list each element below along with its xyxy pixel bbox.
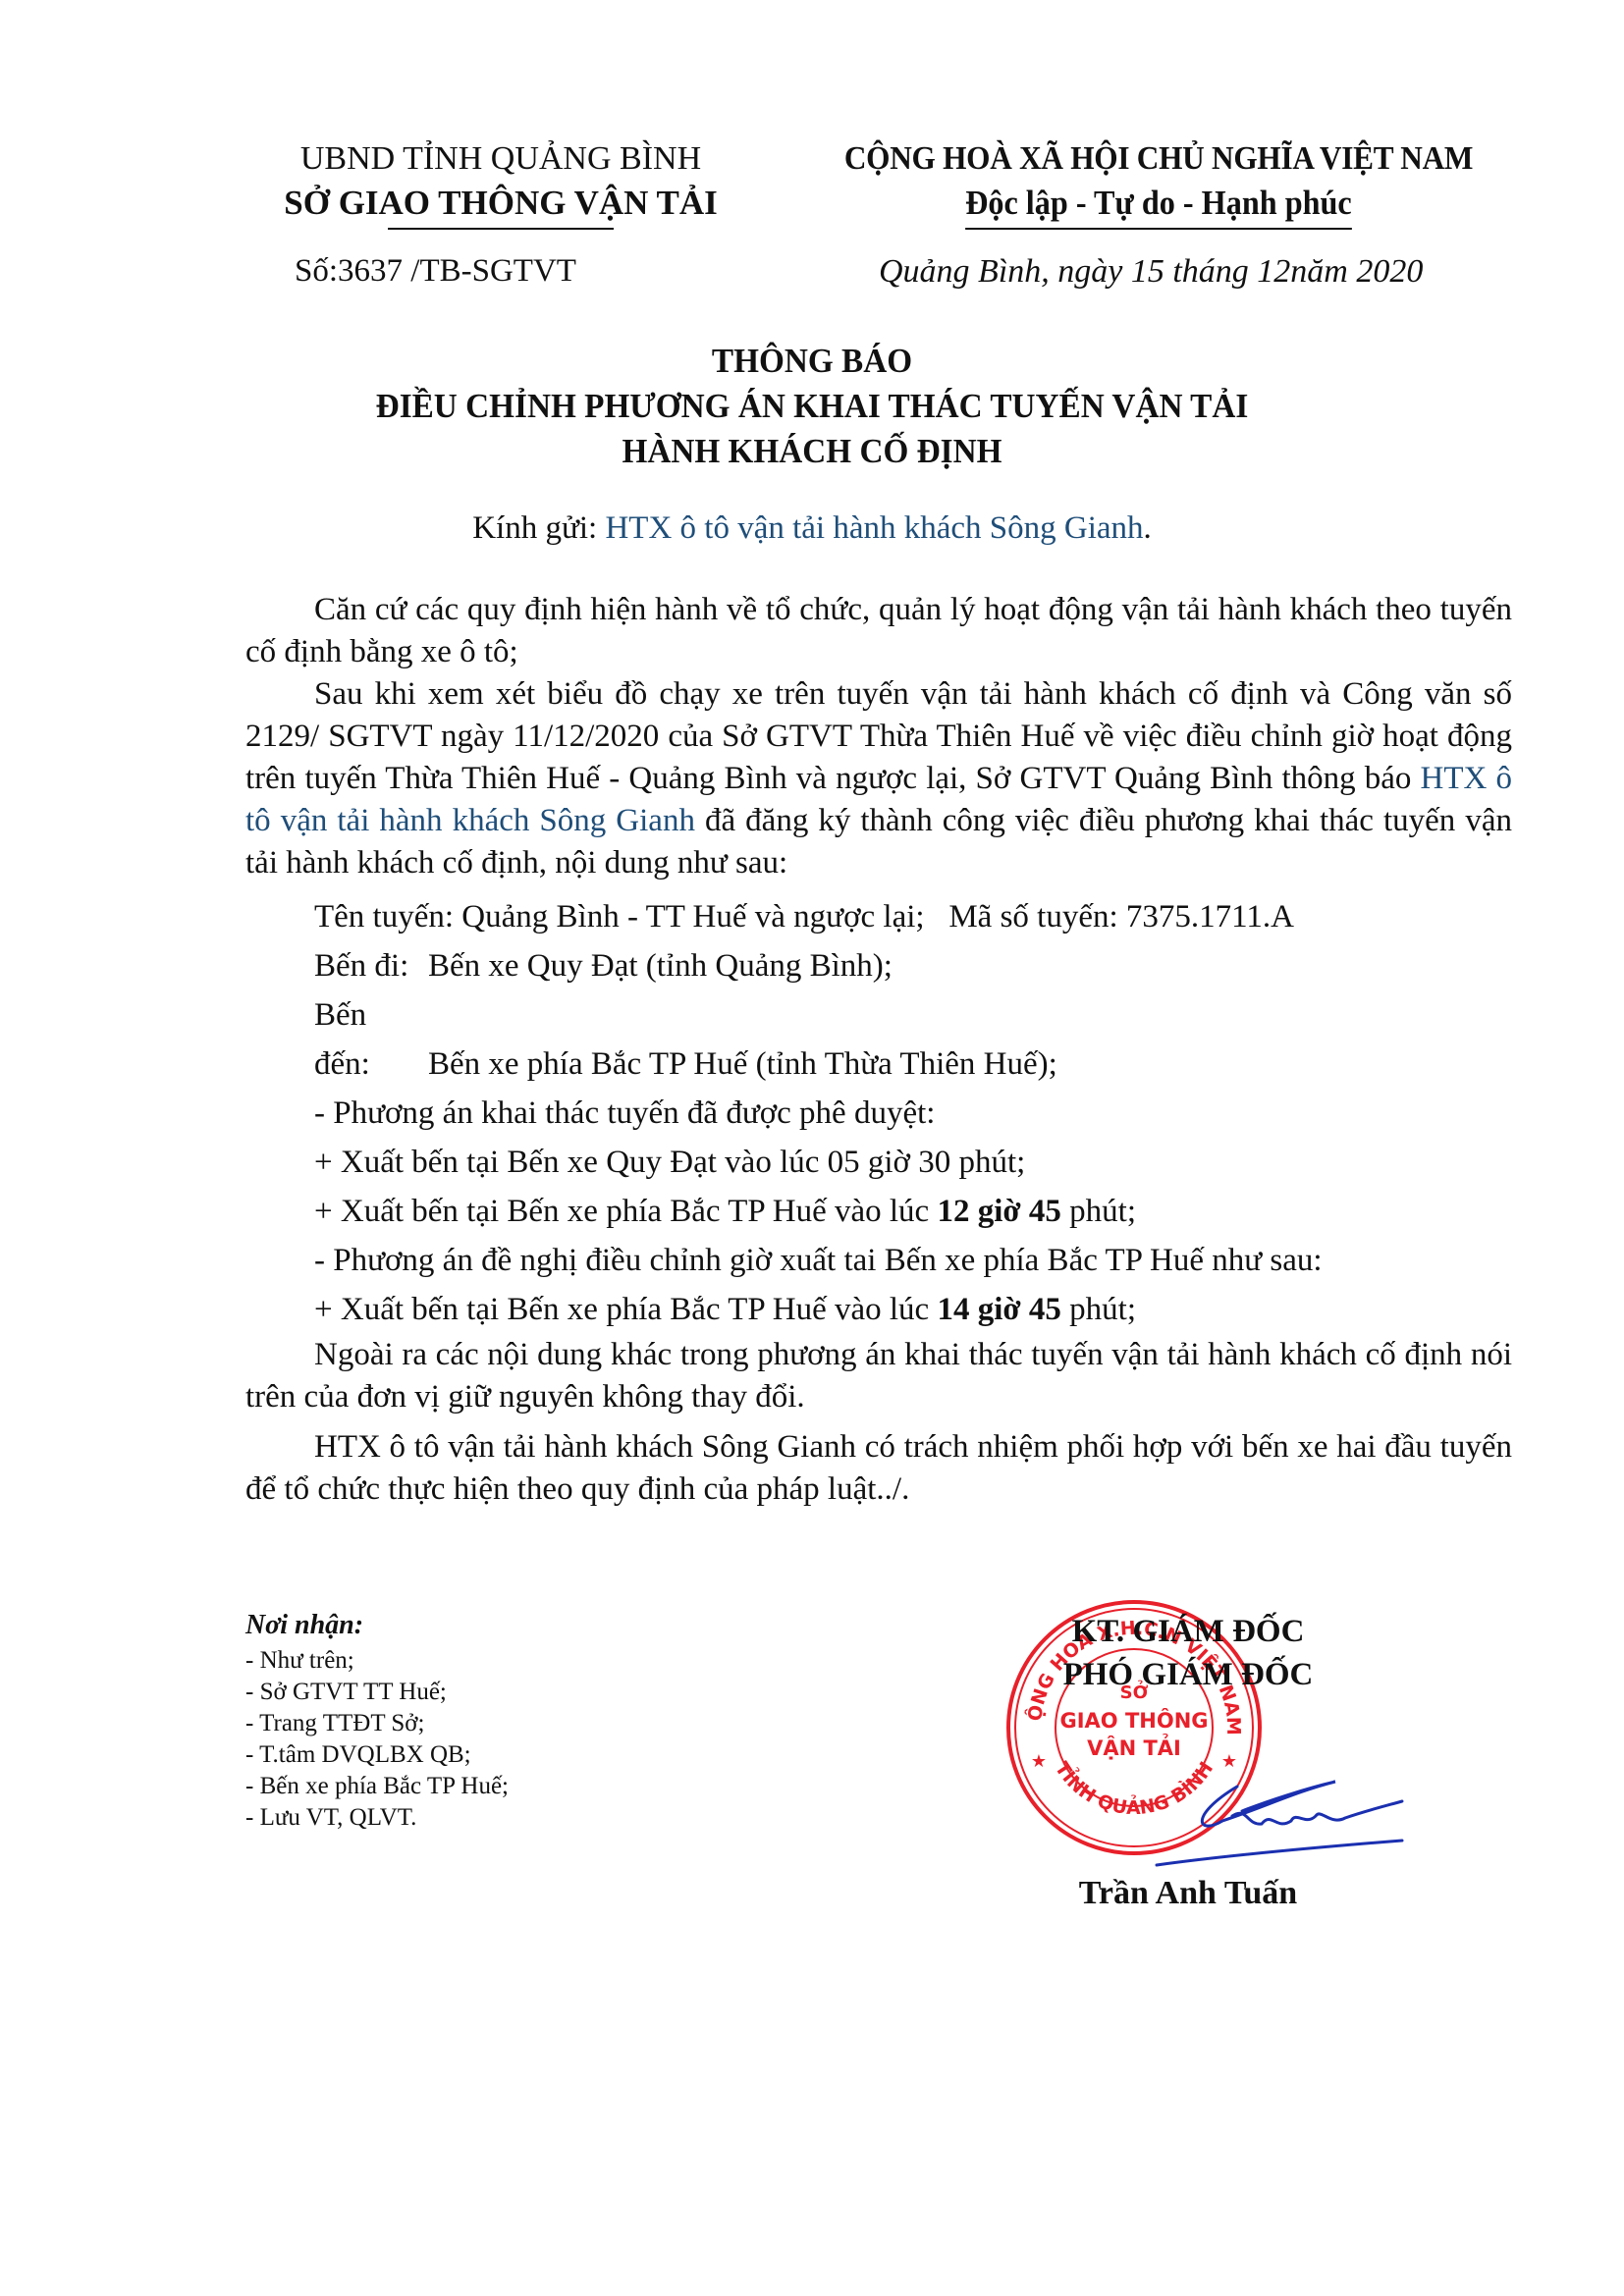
recipient-item: - Bến xe phía Bắc TP Huế;: [245, 1771, 509, 1802]
paragraph-review: Sau khi xem xét biểu đồ chạy xe trên tuy…: [245, 673, 1512, 884]
approved-schedule-1: + Xuất bến tại Bến xe Quy Đạt vào lúc 05…: [245, 1138, 1512, 1187]
approved-schedule-2: + Xuất bến tại Bến xe phía Bắc TP Huế và…: [245, 1187, 1512, 1236]
on-behalf-title: KT. GIÁM ĐỐC: [1011, 1610, 1365, 1653]
review-text-a: Sau khi xem xét biểu đồ chạy xe trên tuy…: [245, 676, 1512, 796]
title-line-2: ĐIỀU CHỈNH PHƯƠNG ÁN KHAI THÁC TUYẾN VẬN…: [40, 384, 1583, 429]
paragraph-responsibility: HTX ô tô vận tải hành khách Sông Gianh c…: [245, 1426, 1512, 1511]
issuer-header: UBND TỈNH QUẢNG BÌNH SỞ GIAO THÔNG VẬN T…: [236, 137, 766, 230]
place-date: Quảng Bình, ngày 15 tháng 12năm 2020: [879, 253, 1423, 291]
national-header: CỘNG HOÀ XÃ HỘI CHỦ NGHĨA VIỆT NAM Độc l…: [776, 137, 1542, 230]
recipient-item: - Sở GTVT TT Huế;: [245, 1677, 509, 1708]
route-name: Tên tuyến: Quảng Bình - TT Huế và ngược …: [314, 899, 925, 934]
national-motto: Độc lập - Tự do - Hạnh phúc: [965, 181, 1352, 230]
departure-label: Bến đi:: [314, 941, 428, 990]
document-number: Số:3637 /TB-SGTVT: [295, 253, 576, 290]
recipient-item: - Lưu VT, QLVT.: [245, 1802, 509, 1834]
addressee-suffix: .: [1144, 510, 1152, 546]
arrival-line: Bến đến:Bến xe phía Bắc TP Huế (tỉnh Thừ…: [245, 990, 1512, 1089]
signer-name: Trần Anh Tuấn: [1011, 1875, 1365, 1912]
svg-text:★: ★: [1031, 1751, 1047, 1772]
header-divider: [388, 228, 614, 230]
paragraph-legal-basis: Căn cứ các quy định hiện hành về tổ chức…: [245, 589, 1512, 673]
recipients-list: Nơi nhận: - Như trên; - Sở GTVT TT Huế; …: [245, 1610, 509, 1834]
document-body: Căn cứ các quy định hiện hành về tổ chức…: [245, 589, 1512, 1511]
route-code: Mã số tuyến: 7375.1711.A: [948, 899, 1294, 934]
signer-position: PHÓ GIÁM ĐỐC: [1011, 1653, 1365, 1696]
route-line: Tên tuyến: Quảng Bình - TT Huế và ngược …: [245, 892, 1512, 941]
proposed-1-time: 14 giờ 45: [937, 1292, 1060, 1327]
handwritten-signature-icon: [1149, 1767, 1404, 1875]
paragraph-unchanged: Ngoài ra các nội dung khác trong phương …: [245, 1334, 1512, 1418]
departure-value: Bến xe Quy Đạt (tỉnh Quảng Bình);: [428, 948, 893, 984]
arrival-label: Bến đến:: [314, 990, 428, 1089]
arrival-value: Bến xe phía Bắc TP Huế (tỉnh Thừa Thiên …: [428, 1046, 1057, 1082]
title-line-3: HÀNH KHÁCH CỐ ĐỊNH: [40, 429, 1583, 474]
recipient-item: - Như trên;: [245, 1645, 509, 1677]
svg-text:VẬN TẢI: VẬN TẢI: [1087, 1734, 1181, 1760]
addressee-name: HTX ô tô vận tải hành khách Sông Gianh: [605, 510, 1143, 546]
recipient-item: - T.tâm DVQLBX QB;: [245, 1739, 509, 1771]
svg-text:GIAO THÔNG: GIAO THÔNG: [1059, 1708, 1208, 1733]
department-name: SỞ GIAO THÔNG VẬN TẢI: [236, 181, 766, 226]
recipients-heading: Nơi nhận:: [245, 1610, 509, 1641]
approved-2-text: + Xuất bến tại Bến xe phía Bắc TP Huế và…: [314, 1194, 937, 1229]
approved-2-time: 12 giờ 45: [937, 1194, 1060, 1229]
title-line-1: THÔNG BÁO: [40, 339, 1583, 384]
addressee-prefix: Kính gửi:: [472, 510, 605, 546]
signature-block: KT. GIÁM ĐỐC PHÓ GIÁM ĐỐC: [1011, 1610, 1365, 1696]
recipient-item: - Trang TTĐT Sở;: [245, 1708, 509, 1739]
proposed-1-suffix: phút;: [1061, 1292, 1136, 1327]
proposed-heading: - Phương án đề nghị điều chỉnh giờ xuất …: [245, 1236, 1512, 1285]
proposed-schedule-1: + Xuất bến tại Bến xe phía Bắc TP Huế và…: [245, 1285, 1512, 1334]
proposed-1-text: + Xuất bến tại Bến xe phía Bắc TP Huế và…: [314, 1292, 937, 1327]
country-name: CỘNG HOÀ XÃ HỘI CHỦ NGHĨA VIỆT NAM: [806, 137, 1511, 181]
document-title: THÔNG BÁO ĐIỀU CHỈNH PHƯƠNG ÁN KHAI THÁC…: [0, 339, 1624, 474]
agency-name: UBND TỈNH QUẢNG BÌNH: [236, 137, 766, 181]
approved-2-suffix: phút;: [1061, 1194, 1136, 1229]
addressee-line: Kính gửi: HTX ô tô vận tải hành khách Sô…: [0, 510, 1624, 547]
approved-heading: - Phương án khai thác tuyến đã được phê …: [245, 1089, 1512, 1138]
departure-line: Bến đi:Bến xe Quy Đạt (tỉnh Quảng Bình);: [245, 941, 1512, 990]
